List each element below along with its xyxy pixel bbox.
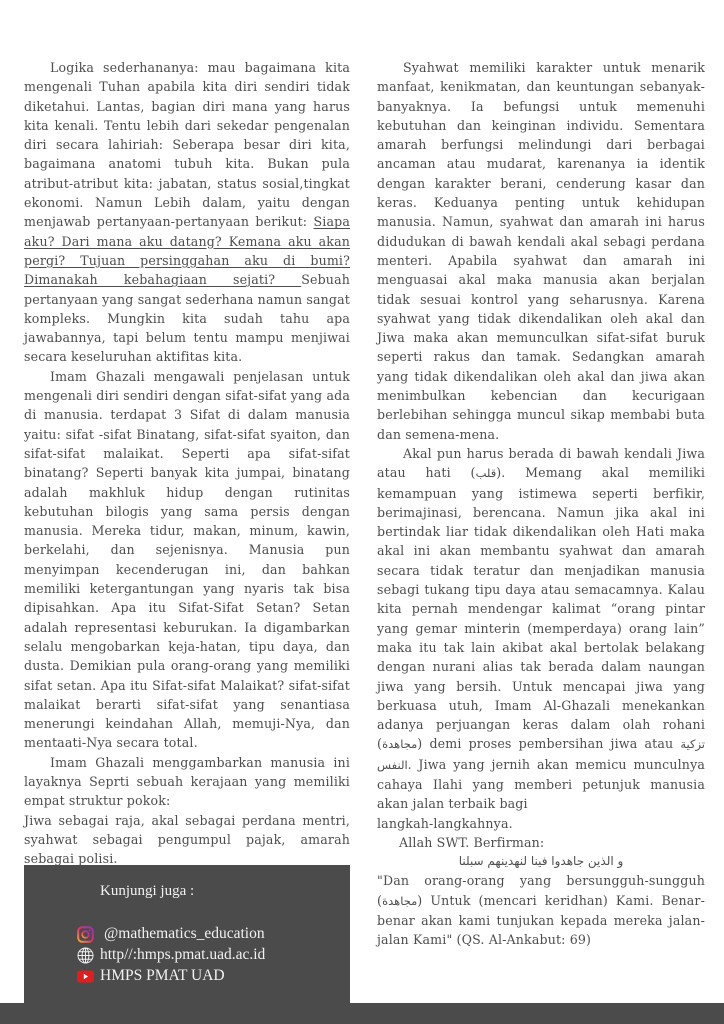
- bottom-bar: [0, 1003, 724, 1024]
- youtube-link[interactable]: HMPS PMAT UAD: [76, 967, 225, 985]
- footer-title: Kunjungi juga :: [100, 883, 194, 900]
- right-column: Syahwat memiliki karakter untuk menarik …: [377, 58, 705, 950]
- instagram-handle: @mathematics_education: [104, 925, 265, 943]
- arabic-verse: و الذين جاهدوا فينا لنهدينهم سبلنا: [377, 852, 705, 871]
- arabic-qalb: قلب: [476, 466, 497, 480]
- youtube-channel: HMPS PMAT UAD: [100, 967, 225, 985]
- instagram-icon: [76, 925, 94, 943]
- arabic-mujahadah-2: مجاهدة: [382, 894, 417, 908]
- paragraph-kerajaan: Imam Ghazali menggambarkan manusia ini l…: [24, 753, 350, 811]
- paragraph-syahwat: Syahwat memiliki karakter untuk menarik …: [377, 58, 705, 444]
- youtube-icon: [76, 967, 94, 985]
- website-link[interactable]: http//:hmps.pmat.uad.ac.id: [76, 946, 265, 964]
- paragraph-akal: Akal pun harus berada di bawah kendali J…: [377, 444, 705, 833]
- left-column: Logika sederhananya: mau bagaimana kita …: [24, 58, 350, 868]
- footer-box: Kunjungi juga : @mathematics_education: [24, 865, 350, 1004]
- arabic-mujahadah: مجاهدة: [382, 737, 417, 751]
- allah-berfirman: Allah SWT. Berfirman:: [377, 833, 705, 852]
- instagram-link[interactable]: @mathematics_education: [76, 925, 265, 943]
- paragraph-struktur: Jiwa sebagai raja, akal sebagai perdana …: [24, 811, 350, 869]
- website-url: http//:hmps.pmat.uad.ac.id: [100, 946, 265, 964]
- globe-icon: [76, 946, 94, 964]
- paragraph-intro: Logika sederhananya: mau bagaimana kita …: [24, 58, 350, 367]
- verse-translation: "Dan orang-orang yang bersungguh-sungguh…: [377, 871, 705, 949]
- paragraph-sifat: Imam Ghazali mengawali penjelasan untuk …: [24, 367, 350, 753]
